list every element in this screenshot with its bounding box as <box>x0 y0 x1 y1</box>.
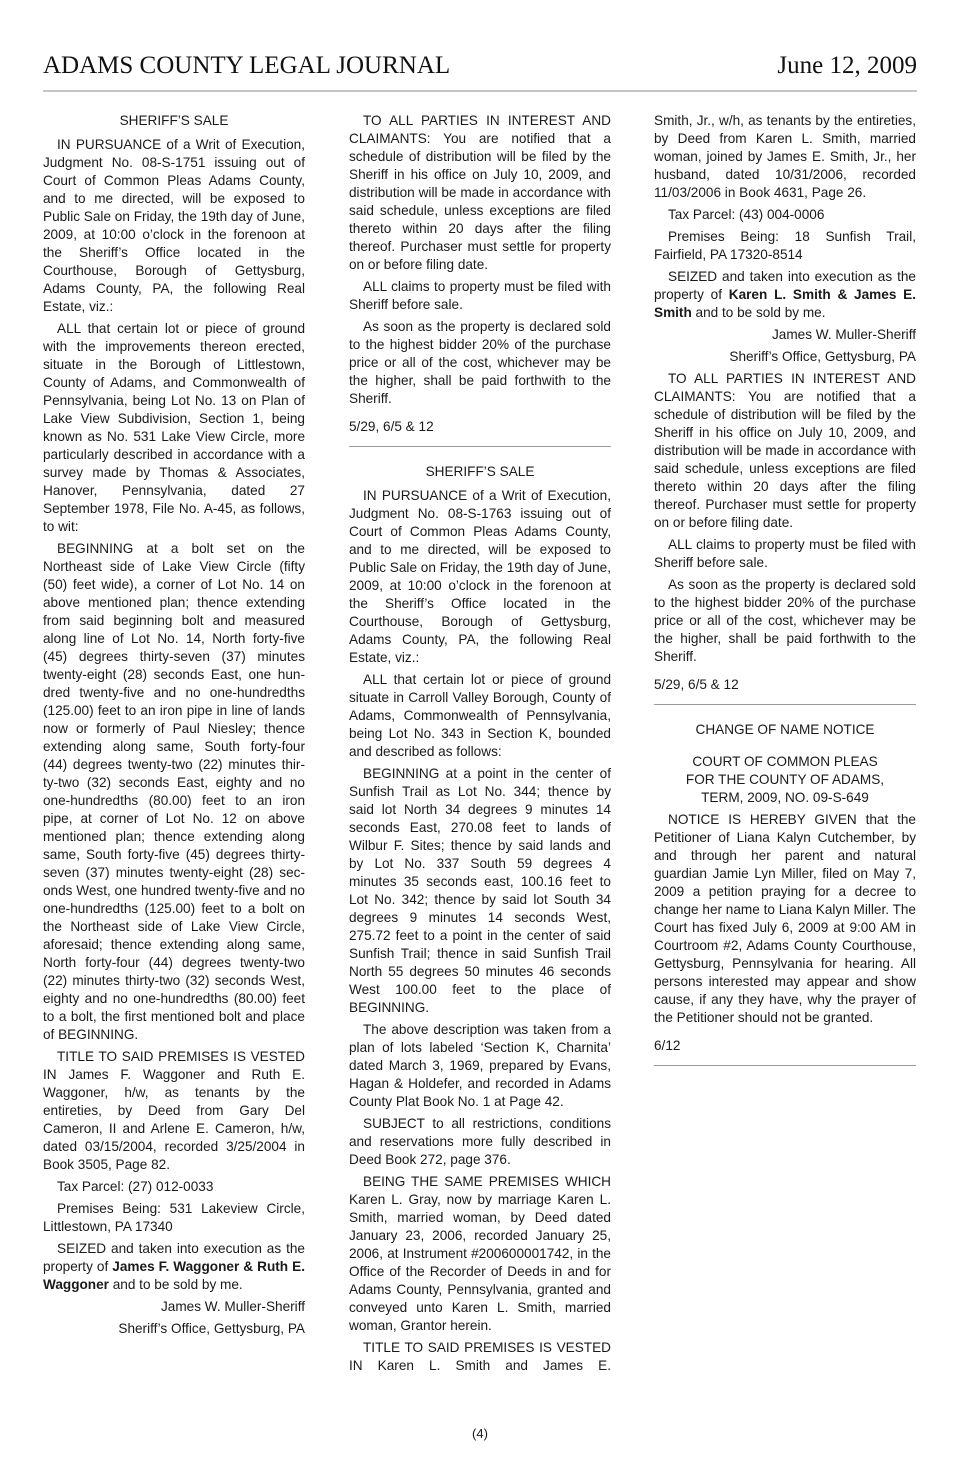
notice-paragraph: NOTICE IS HEREBY GIVEN that the Petition… <box>654 811 916 1027</box>
signature-office: Sheriff’s Office, Gettysburg, PA <box>654 348 916 366</box>
court-line: FOR THE COUNTY OF ADAMS, <box>654 771 916 789</box>
notice-divider <box>654 704 916 705</box>
notice-paragraph: BEING THE SAME PREMISES WHICH Karen L. G… <box>349 1173 611 1335</box>
column-1: SHERIFF’S SALE IN PURSUANCE of a Writ of… <box>43 112 305 1342</box>
signature-name: James W. Muller-Sheriff <box>654 326 916 344</box>
court-line: COURT OF COMMON PLEAS <box>654 753 916 771</box>
seized-statement: SEIZED and taken into execution as the p… <box>654 268 916 322</box>
signature-office: Sheriff’s Office, Gettysburg, PA <box>43 1320 305 1338</box>
notice-paragraph: ALL claims to property must be filed wit… <box>654 536 916 572</box>
court-line: TERM, 2009, NO. 09-S-649 <box>654 789 916 807</box>
run-dates: 5/29, 6/5 & 12 <box>349 418 611 436</box>
seized-suffix: and to be sold by me. <box>109 1277 243 1292</box>
notice-paragraph: ALL that certain lot or piece of ground … <box>43 320 305 536</box>
seized-statement: SEIZED and taken into execution as the p… <box>43 1240 305 1294</box>
notice-paragraph: BEGINNING at a point in the center of Su… <box>349 765 611 1017</box>
notice-paragraph: ALL that certain lot or piece of ground … <box>349 671 611 761</box>
notice-paragraph: IN PURSUANCE of a Writ of Execu­tion, Ju… <box>43 136 305 316</box>
masthead: ADAMS COUNTY LEGAL JOURNAL June 12, 2009 <box>43 52 917 92</box>
notice-paragraph: IN PURSUANCE of a Writ of Execu­tion, Ju… <box>349 487 611 667</box>
court-caption: COURT OF COMMON PLEAS FOR THE COUNTY OF … <box>654 753 916 807</box>
notice-heading: SHERIFF’S SALE <box>43 112 305 130</box>
notice-paragraph: ALL claims to property must be filed wit… <box>349 278 611 314</box>
notice-paragraph: As soon as the property is declared sold… <box>654 576 916 666</box>
notice-paragraph: SUBJECT to all restrictions, conditions … <box>349 1115 611 1169</box>
notice-divider <box>654 1065 916 1066</box>
premises-address: Premises Being: 18 Sunfish Trail, Fairfi… <box>654 228 916 264</box>
publication-title: ADAMS COUNTY LEGAL JOURNAL <box>43 52 450 80</box>
signature-name: James W. Muller-Sheriff <box>43 1298 305 1316</box>
notice-paragraph: TO ALL PARTIES IN INTEREST AND CLAIMANTS… <box>654 370 916 532</box>
tax-parcel: Tax Parcel: (27) 012-0033 <box>43 1178 305 1196</box>
notice-paragraph: The above description was taken from a p… <box>349 1021 611 1111</box>
notice-divider <box>349 446 611 447</box>
notice-paragraph: TITLE TO SAID PREMISES IS VEST­ED IN Kar… <box>349 1339 611 1375</box>
masthead-divider <box>43 90 917 92</box>
seized-suffix: and to be sold by me. <box>692 305 826 320</box>
tax-parcel: Tax Parcel: (43) 004-0006 <box>654 206 916 224</box>
issue-date: June 12, 2009 <box>777 52 917 80</box>
notice-paragraph: TITLE TO SAID PREMISES IS VEST­ED IN Jam… <box>43 1048 305 1174</box>
premises-address: Premises Being: 531 Lakeview Circle, Lit… <box>43 1200 305 1236</box>
notice-paragraph: As soon as the property is declared sold… <box>349 318 611 408</box>
notice-paragraph: Smith, Jr., w/h, as tenants by the entir… <box>654 112 916 202</box>
notice-heading: SHERIFF’S SALE <box>349 463 611 481</box>
page-number: (4) <box>0 1426 960 1441</box>
column-3: Smith, Jr., w/h, as tenants by the entir… <box>654 112 916 1082</box>
run-dates: 6/12 <box>654 1037 916 1055</box>
notice-heading: CHANGE OF NAME NOTICE <box>654 721 916 739</box>
notice-paragraph: BEGINNING at a bolt set on the Northeast… <box>43 540 305 1044</box>
column-2: TO ALL PARTIES IN INTEREST AND CLAIMANTS… <box>349 112 611 1379</box>
run-dates: 5/29, 6/5 & 12 <box>654 676 916 694</box>
notice-paragraph: TO ALL PARTIES IN INTEREST AND CLAIMANTS… <box>349 112 611 274</box>
